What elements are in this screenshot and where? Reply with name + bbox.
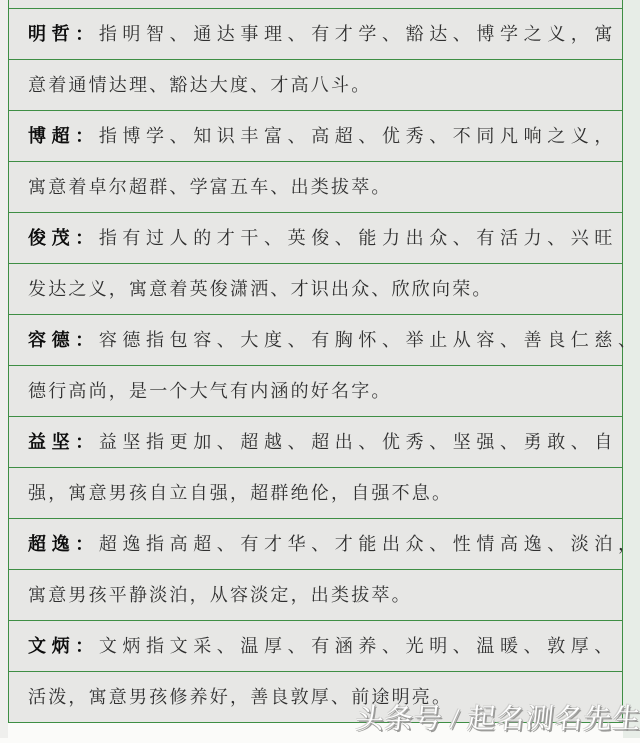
name-label: 俊茂：	[28, 228, 99, 248]
meaning-text: 指有过人的才干、英俊、能力出众、有活力、兴旺	[99, 228, 618, 248]
name-label: 益坚：	[28, 432, 99, 452]
meaning-text: 强，寓意男孩自立自强，超群绝伦，自强不息。	[28, 483, 452, 503]
meaning-text: 寓意着卓尔超群、学富五车、出类拔萃。	[28, 177, 392, 197]
entry-yijian-line-2: 强，寓意男孩自立自强，超群绝伦，自强不息。	[9, 468, 622, 519]
entry-wenbing-line-1: 文炳：文炳指文采、温厚、有涵养、光明、温暖、敦厚、	[9, 621, 622, 672]
meaning-text: 超逸指高超、有才华、才能出众、性情高逸、淡泊，	[99, 534, 640, 554]
entry-chaoyi-line-2: 寓意男孩平静淡泊，从容淡定，出类拔萃。	[9, 570, 622, 621]
toutiao-watermark: 头条号 / 起名测名先生	[354, 697, 640, 737]
entry-bochao-line-2: 寓意着卓尔超群、学富五车、出类拔萃。	[9, 162, 622, 213]
name-label: 容德：	[28, 330, 99, 350]
entry-rongde-line-1: 容德：容德指包容、大度、有胸怀、举止从容、善良仁慈、	[9, 315, 622, 366]
name-label: 超逸：	[28, 534, 99, 554]
entry-rongde-line-2: 德行高尚，是一个大气有内涵的好名字。	[9, 366, 622, 417]
name-label: 文炳：	[28, 636, 99, 656]
entry-junmao-line-1: 俊茂：指有过人的才干、英俊、能力出众、有活力、兴旺	[9, 213, 622, 264]
entry-junmao-line-2: 发达之义，寓意着英俊潇洒、才识出众、欣欣向荣。	[9, 264, 622, 315]
article-screenshot: 明哲：指明智、通达事理、有才学、豁达、博学之义，寓 意着通情达理、豁达大度、才高…	[0, 0, 640, 743]
meaning-text: 寓意男孩平静淡泊，从容淡定，出类拔萃。	[28, 585, 412, 605]
name-label: 博超：	[28, 126, 99, 146]
name-label: 明哲：	[28, 24, 99, 44]
left-margin-strip	[0, 0, 8, 738]
meaning-text: 德行高尚，是一个大气有内涵的好名字。	[28, 381, 392, 401]
meaning-text: 容德指包容、大度、有胸怀、举止从容、善良仁慈、	[99, 330, 640, 350]
entry-chaoyi-line-1: 超逸：超逸指高超、有才华、才能出众、性情高逸、淡泊，	[9, 519, 622, 570]
meaning-text: 益坚指更加、超越、超出、优秀、坚强、勇敢、自	[99, 432, 618, 452]
entry-mingzhe-line-2: 意着通情达理、豁达大度、才高八斗。	[9, 60, 622, 111]
meaning-text: 指明智、通达事理、有才学、豁达、博学之义，寓	[99, 24, 618, 44]
meaning-text: 文炳指文采、温厚、有涵养、光明、温暖、敦厚、	[99, 636, 618, 656]
entry-mingzhe-line-1: 明哲：指明智、通达事理、有才学、豁达、博学之义，寓	[9, 9, 622, 60]
meaning-text: 指博学、知识丰富、高超、优秀、不同凡响之义，	[99, 126, 618, 146]
partial-row-top	[9, 0, 622, 9]
entry-yijian-line-1: 益坚：益坚指更加、超越、超出、优秀、坚强、勇敢、自	[9, 417, 622, 468]
name-meaning-table: 明哲：指明智、通达事理、有才学、豁达、博学之义，寓 意着通情达理、豁达大度、才高…	[8, 0, 623, 723]
meaning-text: 意着通情达理、豁达大度、才高八斗。	[28, 75, 371, 95]
meaning-text: 发达之义，寓意着英俊潇洒、才识出众、欣欣向荣。	[28, 279, 493, 299]
right-margin-strip	[623, 0, 640, 738]
entry-bochao-line-1: 博超：指博学、知识丰富、高超、优秀、不同凡响之义，	[9, 111, 622, 162]
